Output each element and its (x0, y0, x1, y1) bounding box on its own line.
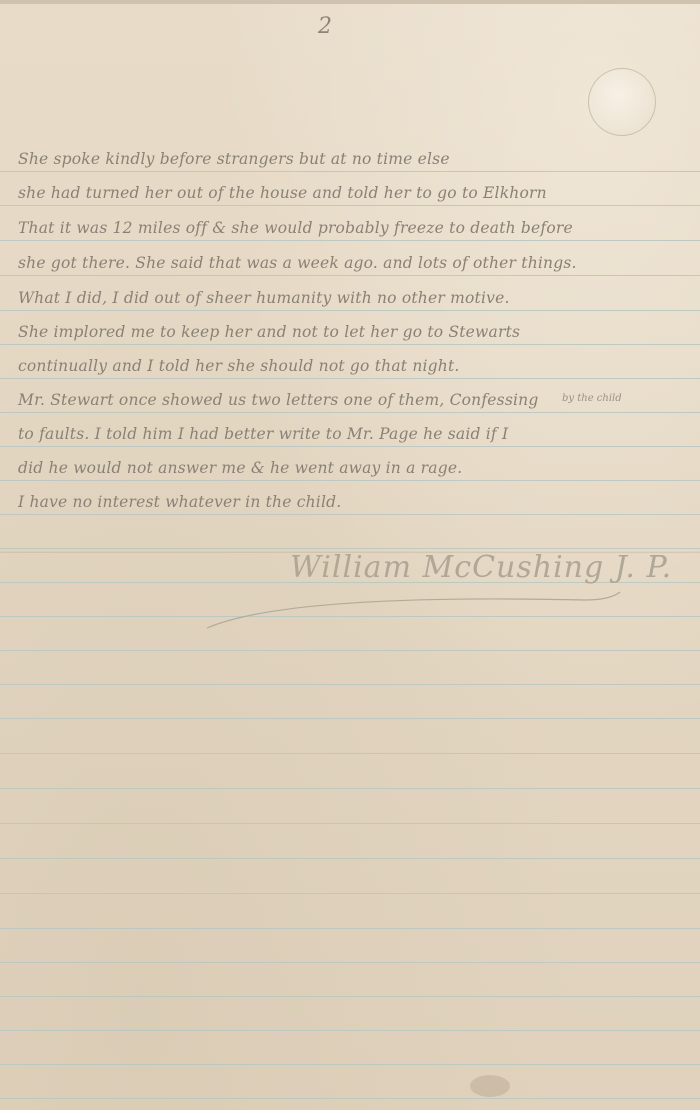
ruled-line (0, 205, 700, 206)
signature: William McCushing J. P. (290, 550, 672, 585)
text-line: I have no interest whatever in the child… (18, 493, 341, 511)
paper-stain (470, 1075, 510, 1097)
ruled-line (0, 893, 700, 894)
ruled-line (0, 753, 700, 754)
text-line: she had turned her out of the house and … (18, 184, 547, 202)
embossed-seal (588, 68, 656, 136)
ruled-line (0, 996, 700, 997)
text-line: to faults. I told him I had better write… (18, 425, 508, 443)
ruled-line (0, 514, 700, 515)
ruled-line (0, 480, 700, 481)
ruled-line (0, 718, 700, 719)
text-line: did he would not answer me & he went awa… (18, 459, 462, 477)
text-line: Mr. Stewart once showed us two letters o… (18, 391, 538, 409)
ruled-line (0, 344, 700, 345)
text-line: She spoke kindly before strangers but at… (18, 150, 450, 168)
text-line: She implored me to keep her and not to l… (18, 323, 520, 341)
ruled-line (0, 684, 700, 685)
text-line: That it was 12 miles off & she would pro… (18, 219, 573, 237)
letter-page: 2 She spoke kindly before strangers but … (0, 0, 700, 1110)
ruled-line (0, 858, 700, 859)
ruled-line (0, 928, 700, 929)
ruled-line (0, 1030, 700, 1031)
text-line: continually and I told her she should no… (18, 357, 460, 375)
ruled-line (0, 240, 700, 241)
ruled-line (0, 412, 700, 413)
page-number: 2 (318, 14, 332, 39)
ruled-line (0, 446, 700, 447)
text-line: she got there. She said that was a week … (18, 254, 577, 272)
ruled-line (0, 275, 700, 276)
text-line: What I did, I did out of sheer humanity … (18, 289, 510, 307)
ruled-line (0, 548, 700, 549)
page-top-edge (0, 0, 700, 4)
ruled-line (0, 823, 700, 824)
ruled-line (0, 1098, 700, 1099)
ruled-line (0, 650, 700, 651)
interlinear-insertion: by the child (562, 393, 622, 404)
signature-flourish (205, 588, 625, 638)
ruled-line (0, 788, 700, 789)
ruled-line (0, 1064, 700, 1065)
ruled-line (0, 310, 700, 311)
ruled-line (0, 171, 700, 172)
ruled-line (0, 378, 700, 379)
ruled-line (0, 962, 700, 963)
